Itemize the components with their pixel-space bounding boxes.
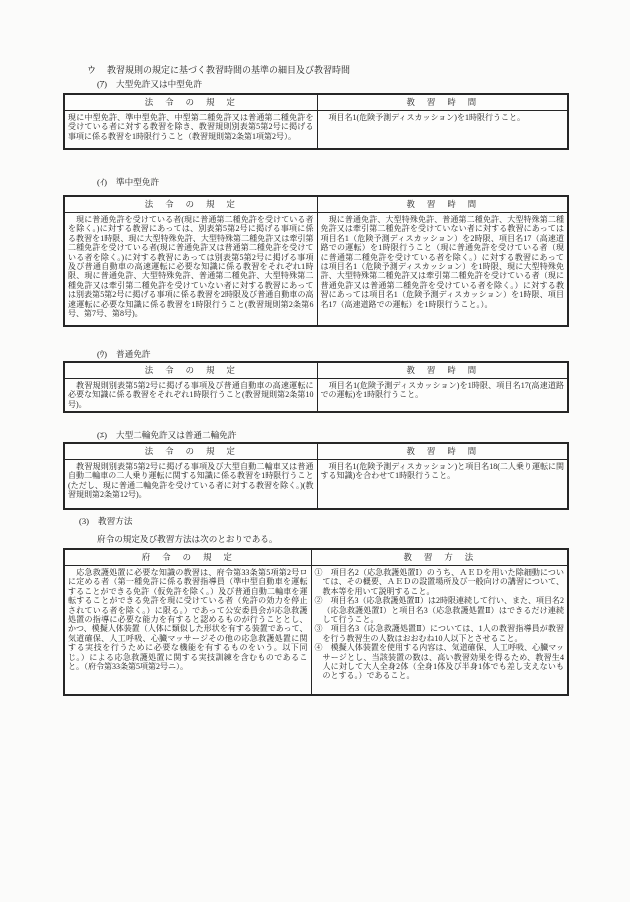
subsection-label-c: (ｳ)普通免許 (97, 349, 150, 359)
column-header-law: 法 令 の 規 定 (64, 94, 317, 111)
table-row: 教習規則別表第5第2号に掲げる事項及び大型自動二輪車又は普通自動二輪車の二人乗り… (64, 460, 568, 510)
section-label-3: (3)教習方法 (79, 516, 132, 526)
table-motorcycle-license: 法 令 の 規 定 教 習 時 間 教習規則別表第5第2号に掲げる事項及び大型自… (63, 442, 569, 510)
table-ordinary-license: 法 令 の 規 定 教 習 時 間 教習規則別表第5第2号に掲げる事項及び普通自… (63, 361, 569, 413)
subsection-d-title: 大型二輪免許又は普通二輪免許 (116, 430, 236, 440)
table-row: 現に普通免許を受けている者(現に普通第二種免許を受けている者を除く。)に対する教… (64, 213, 568, 327)
column-header-method: 教 習 方 法 (311, 549, 568, 566)
subsection-label-d: (ｴ)大型二輪免許又は普通二輪免許 (97, 430, 236, 440)
method-item-3: ③ 項目名3（応急救護処置Ⅱ）については、1人の教習指導員が教習を行う教習生の人… (315, 624, 565, 643)
table-training-method: 府 令 の 規 定 教 習 方 法 応急救護処置に必要な知識の教習は、府令第33… (63, 548, 569, 696)
table-row: 応急救護処置に必要な知識の教習は、府令第33条第5項第2号ロに定める者（第一種免… (64, 566, 568, 696)
subsection-b-mark: (ｲ) (97, 177, 107, 187)
column-header-hours: 教 習 時 間 (317, 362, 568, 379)
method-intro-text: 府令の規定及び教習方法は次のとおりである。 (97, 534, 277, 544)
heading-kana: ウ (87, 65, 96, 75)
subsection-label-a: (ｱ)大型免許又は中型免許 (97, 79, 202, 89)
column-header-ordinance: 府 令 の 規 定 (64, 549, 311, 566)
table-semi-medium-license: 法 令 の 規 定 教 習 時 間 現に普通免許を受けている者(現に普通第二種免… (63, 195, 569, 327)
subsection-b-title: 準中型免許 (116, 177, 159, 187)
law-provision-cell: 教習規則別表第5第2号に掲げる事項及び普通自動車の高速運転に必要な知識に係る教習… (64, 379, 317, 413)
training-hours-cell: 項目名1(危険予測ディスカッション)を1時限、項目名17(高速道路での運転)を1… (317, 379, 568, 413)
column-header-law: 法 令 の 規 定 (64, 196, 317, 213)
training-hours-cell: 項目名1(危険予測ディスカッション)を1時限行うこと。 (317, 111, 568, 150)
table-large-or-medium-license: 法 令 の 規 定 教 習 時 間 現に中型免許、準中型免許、中型第二種免許又は… (63, 93, 569, 150)
method-item-1: ① 項目名2（応急救護処置Ⅰ）のうち、ＡＥＤを用いた除細動については、その概要、… (315, 568, 565, 596)
training-method-cell: ① 項目名2（応急救護処置Ⅰ）のうち、ＡＥＤを用いた除細動については、その概要、… (311, 566, 568, 696)
method-item-4: ④ 模擬人体装置を使用する内容は、気道確保、人工呼吸、心臓マッサージとし、当該装… (315, 643, 565, 681)
column-header-law: 法 令 の 規 定 (64, 443, 317, 460)
heading-text: 教習規則の規定に基づく教習時間の基準の細目及び教習時間 (107, 65, 350, 75)
section-heading: ウ教習規則の規定に基づく教習時間の基準の細目及び教習時間 (87, 65, 350, 76)
law-provision-cell: 現に中型免許、準中型免許、中型第二種免許又は普通第二種免許を受けている者に対する… (64, 111, 317, 150)
column-header-hours: 教 習 時 間 (317, 443, 568, 460)
column-header-hours: 教 習 時 間 (317, 196, 568, 213)
law-provision-cell: 現に普通免許を受けている者(現に普通第二種免許を受けている者を除く。)に対する教… (64, 213, 317, 327)
subsection-c-title: 普通免許 (116, 349, 150, 359)
document-page: ウ教習規則の規定に基づく教習時間の基準の細目及び教習時間 (ｱ)大型免許又は中型… (0, 0, 630, 902)
table-row: 教習規則別表第5第2号に掲げる事項及び普通自動車の高速運転に必要な知識に係る教習… (64, 379, 568, 413)
training-hours-cell: 項目名1(危険予測ディスカッション)と項目名18(二人乗り運転に関する知識)を合… (317, 460, 568, 510)
column-header-hours: 教 習 時 間 (317, 94, 568, 111)
training-hours-cell: 現に普通免許、大型特殊免許、普通第二種免許、大型特殊第二種免許又は牽引第二種免許… (317, 213, 568, 327)
subsection-d-mark: (ｴ) (97, 430, 107, 440)
section-3-mark: (3) (79, 516, 89, 526)
ordinance-provision-cell: 応急救護処置に必要な知識の教習は、府令第33条第5項第2号ロに定める者（第一種免… (64, 566, 311, 696)
subsection-label-b: (ｲ)準中型免許 (97, 177, 159, 187)
method-item-2: ② 項目名3（応急救護処置Ⅱ）は2時限連続して行い、また、項目名2（応急救護処置… (315, 596, 565, 624)
subsection-a-title: 大型免許又は中型免許 (116, 79, 202, 89)
table-row: 現に中型免許、準中型免許、中型第二種免許又は普通第二種免許を受けている者に対する… (64, 111, 568, 150)
section-3-title: 教習方法 (98, 516, 132, 526)
subsection-a-mark: (ｱ) (97, 79, 107, 89)
column-header-law: 法 令 の 規 定 (64, 362, 317, 379)
law-provision-cell: 教習規則別表第5第2号に掲げる事項及び大型自動二輪車又は普通自動二輪車の二人乗り… (64, 460, 317, 510)
subsection-c-mark: (ｳ) (97, 349, 107, 359)
